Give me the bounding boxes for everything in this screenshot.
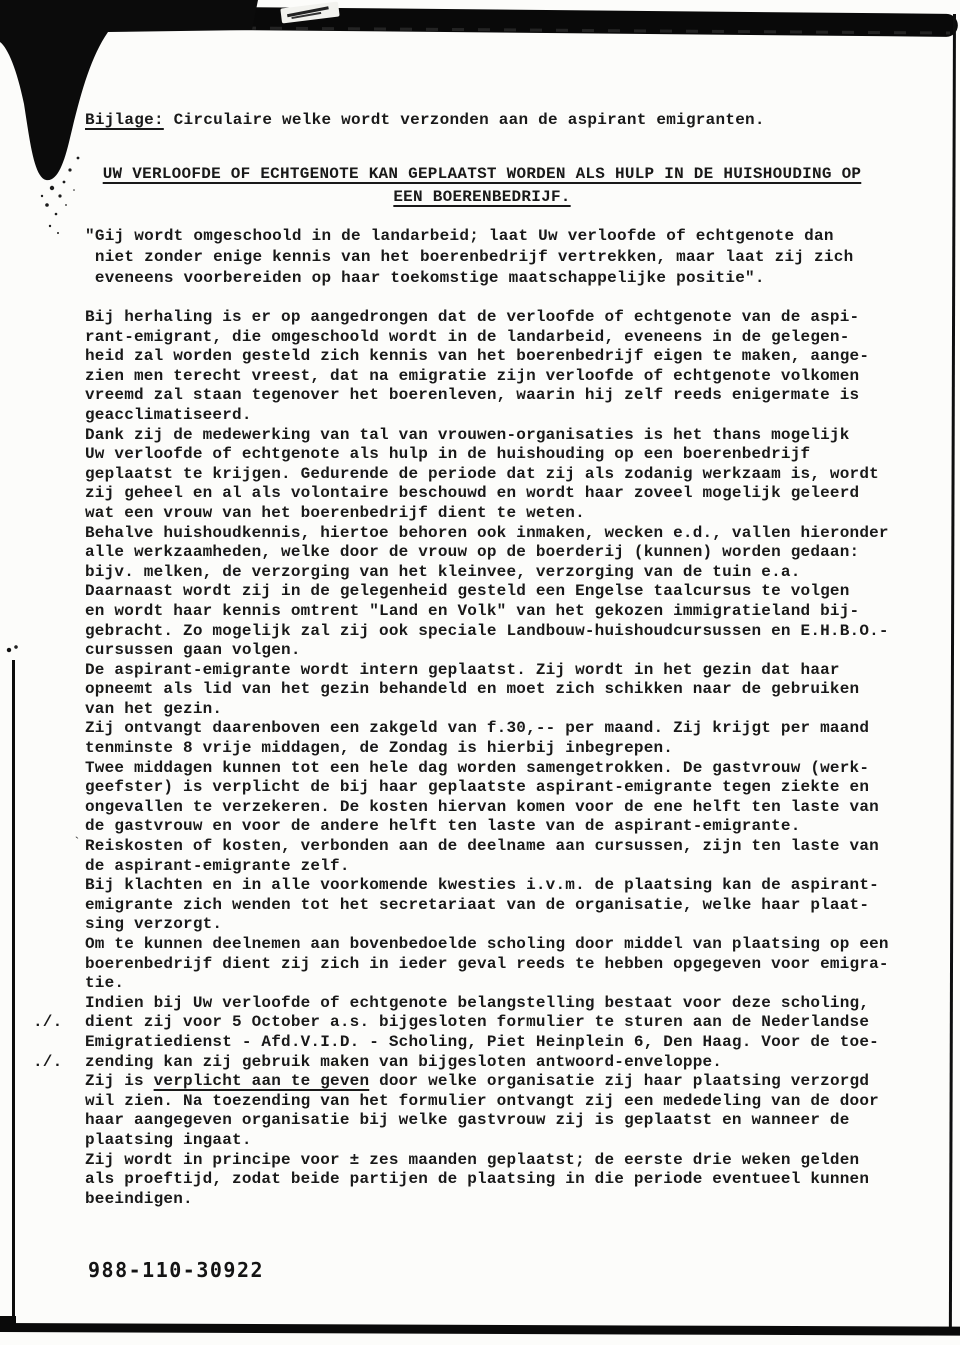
text-line: "Gij wordt omgeschoold in de landarbeid;… [85,226,930,247]
text-line: boerenbedrijf dient zij zich in ieder ge… [85,955,935,975]
text-line: bijv. melken, de verzorging van het klei… [85,563,935,583]
text-line: Twee middagen kunnen tot een hele dag wo… [85,759,935,779]
text-line: sing verzorgt. [85,915,935,935]
text-line: geplaatst te krijgen. Gedurende de perio… [85,465,935,485]
left-edge-line [12,660,15,1328]
text-line: opneemt als lid van het gezin behandeld … [85,680,935,700]
text-line: Bijlage: Circulaire welke wordt verzonde… [85,110,925,130]
text-line: cursussen gaan volgen. [85,641,935,661]
text-line: en wordt haar kennis omtrent "Land en Vo… [85,602,935,622]
text-line: Indien bij Uw verloofde of echtgenote be… [85,994,935,1014]
right-edge-line [949,14,956,1332]
text-line: emigrante zich wenden tot het secretaria… [85,896,935,916]
scanned-document-page: Bijlage: Circulaire welke wordt verzonde… [0,0,960,1345]
text-line: als proeftijd, zodat beide partijen de p… [85,1170,935,1190]
text-line: gebracht. Zo mogelijk zal zij ook specia… [85,622,935,642]
text-line: plaatsing ingaat. [85,1131,935,1151]
text-line: wil zien. Na toezending van het formulie… [85,1092,935,1112]
text-line: tenminste 8 vrije middagen, de Zondag is… [85,739,935,759]
text-line: Zij ontvangt daarenboven een zakgeld van… [85,719,935,739]
text-line: Behalve huishoudkennis, hiertoe behoren … [85,524,935,544]
text-line: Uw verloofde of echtgenote als hulp in d… [85,445,935,465]
text-line: vreemd zal staan tegenover het boerenlev… [85,386,935,406]
margin-mark: ` [73,833,81,853]
text-line: Dank zij de medewerking van tal van vrou… [85,426,935,446]
text-line: tie. [85,974,935,994]
text-line: haar aangegeven organisatie bij welke ga… [85,1111,935,1131]
text-line: alle werkzaamheden, welke door de vrouw … [85,543,935,563]
text-line: rant-emigrant, die omgeschoold wordt in … [85,328,935,348]
text-line: Om te kunnen deelnemen aan bovenbedoelde… [85,935,935,955]
text-line: de gastvrouw en voor de andere helft ten… [85,817,935,837]
text-line: ./.dient zij voor 5 October a.s. bijgesl… [85,1013,935,1033]
text-line: wat een vrouw van het boerenbedrijf dien… [85,504,935,524]
document-title: UW VERLOOFDE OF ECHTGENOTE KAN GEPLAATST… [62,163,902,209]
text-line: EEN BOERENBEDRIJF. [62,186,902,209]
text-line: geacclimatiseerd. [85,406,935,426]
text-line: ./.zending kan zij gebruik maken van bij… [85,1053,935,1073]
text-line: Zij is verplicht aan te geven door welke… [85,1072,935,1092]
text-line: ongevallen te verzekeren. De kosten hier… [85,798,935,818]
text-line: `Reiskosten of kosten, verbonden aan de … [85,837,935,857]
body-paragraphs: Bij herhaling is er op aangedrongen dat … [85,308,935,1209]
text-line: zien men terecht vreest, dat na emigrati… [85,367,935,387]
text-line: Bij klachten en in alle voorkomende kwes… [85,876,935,896]
text-line: Zij wordt in principe voor ± zes maanden… [85,1151,935,1171]
text-line: eveneens voorbereiden op haar toekomstig… [85,268,930,289]
text-line: Bij herhaling is er op aangedrongen dat … [85,308,935,328]
margin-mark: ./. [33,1013,62,1033]
quote-paragraph: "Gij wordt omgeschoold in de landarbeid;… [85,226,930,289]
text-line: heid zal worden gesteld zich kennis van … [85,347,935,367]
text-line: de aspirant-emigrante zelf. [85,857,935,877]
text-line: Daarnaast wordt zij in de gelegenheid ge… [85,582,935,602]
text-line: beeindigen. [85,1190,935,1210]
text-line: Emigratiedienst - Afd.V.I.D. - Scholing,… [85,1033,935,1053]
bottom-scan-bar [0,1323,960,1336]
text-line: niet zonder enige kennis van het boerenb… [85,247,930,268]
text-line: zij geheel en al als volontaire beschouw… [85,484,935,504]
text-line: UW VERLOOFDE OF ECHTGENOTE KAN GEPLAATST… [62,163,902,186]
left-edge-tick [6,643,20,653]
footer-code: 988-110-30922 [88,1258,264,1282]
margin-mark: ./. [33,1053,62,1073]
text-line: van het gezin. [85,700,935,720]
text-line: geefster) is verplicht de bij haar gepla… [85,778,935,798]
attachment-line: Bijlage: Circulaire welke wordt verzonde… [85,110,925,130]
text-line: De aspirant-emigrante wordt intern gepla… [85,661,935,681]
